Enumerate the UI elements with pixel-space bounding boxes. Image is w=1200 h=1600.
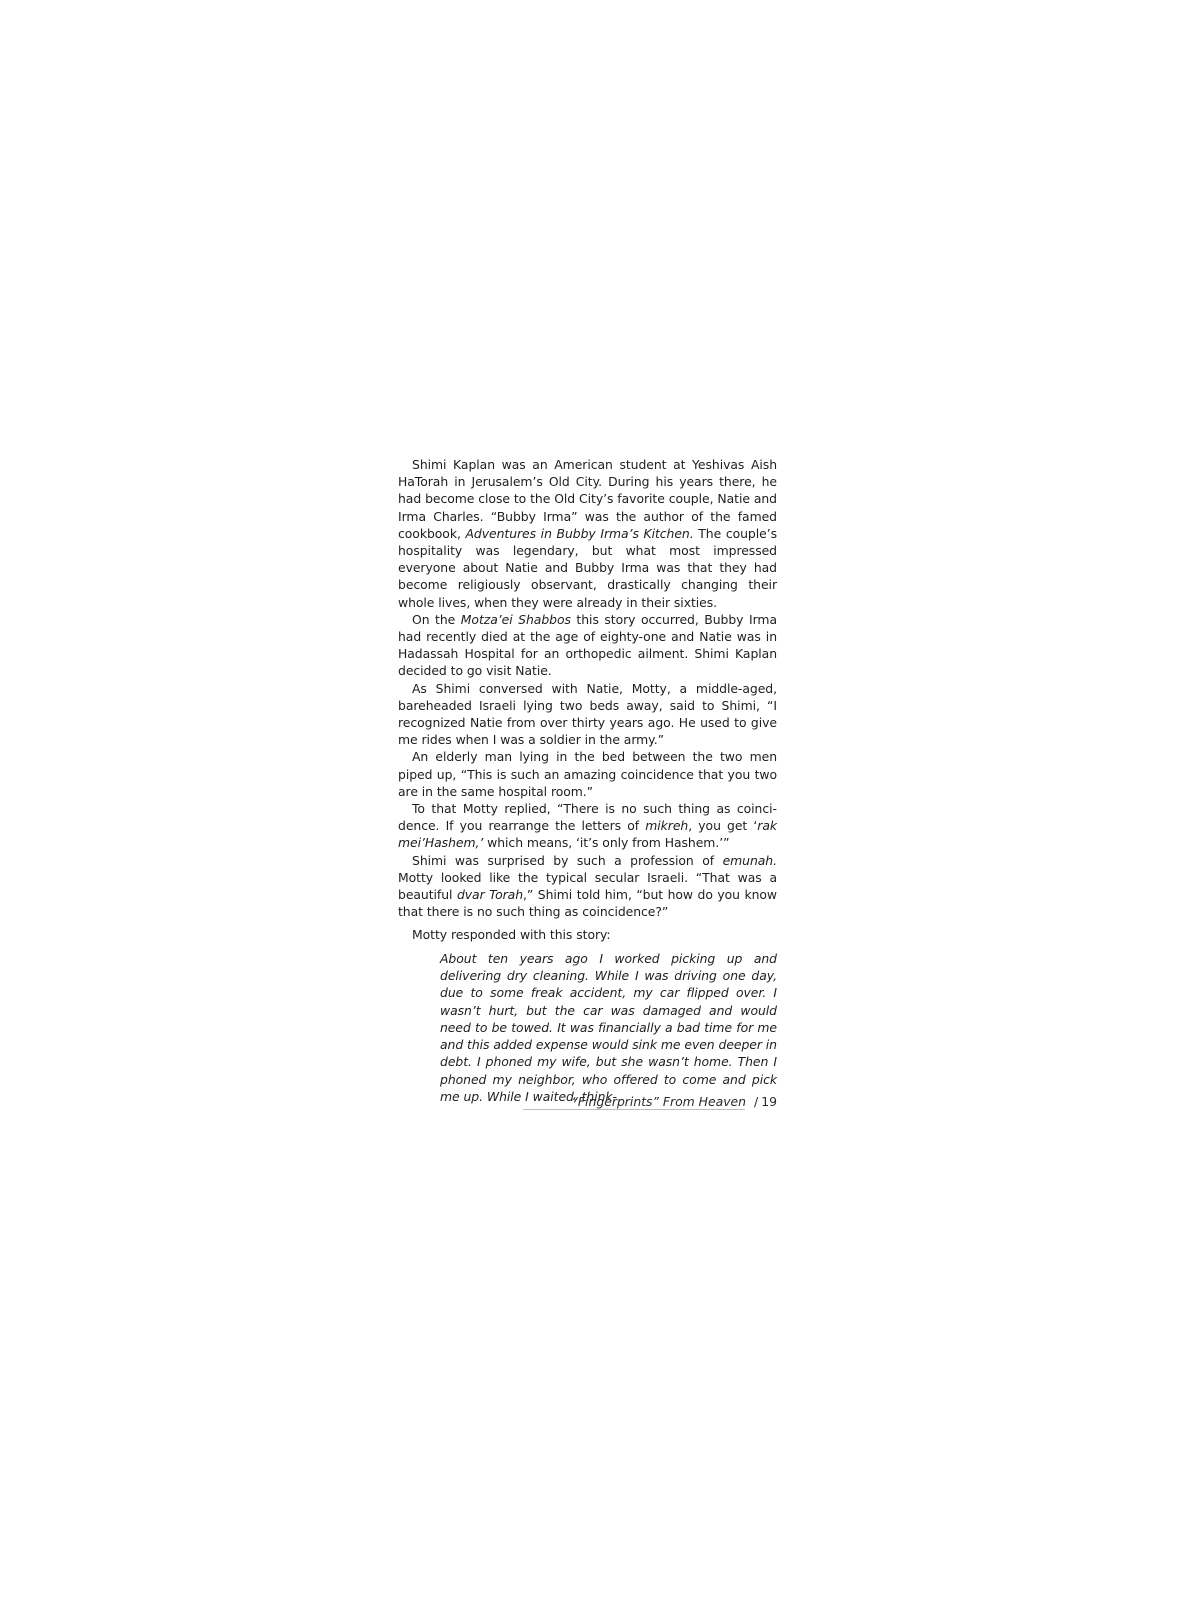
- paragraph: Motty responded with this story:: [398, 926, 777, 943]
- paragraph: Shimi was surprised by such a profession…: [398, 852, 777, 921]
- body-paragraphs: Shimi Kaplan was an American student at …: [398, 456, 777, 944]
- block-quote: About ten years ago I worked picking up …: [440, 950, 777, 1106]
- italic-text: Motza’ei Shabbos: [461, 612, 571, 627]
- footer-rule: [523, 1109, 745, 1110]
- text-run: On the: [412, 612, 461, 627]
- page-footer: “Fingerprints” From Heaven/19: [523, 1094, 777, 1112]
- paragraph: To that Motty replied, “There is no such…: [398, 800, 777, 852]
- running-title: “Fingerprints” From Heaven: [572, 1094, 747, 1109]
- footer-text: “Fingerprints” From Heaven/19: [572, 1094, 777, 1109]
- text-run: which means, ‘it’s only from Hashem.’”: [483, 835, 729, 850]
- paragraph: On the Motza’ei Shabbos this story occur…: [398, 611, 777, 680]
- text-run: An elderly man lying in the bed between …: [398, 749, 777, 798]
- text-run: Shimi was surprised by such a profession…: [412, 853, 723, 868]
- text-run: , you get ‘: [688, 818, 757, 833]
- italic-text: dvar Torah: [457, 887, 523, 902]
- text-run: Motty responded with this story:: [412, 927, 611, 942]
- page-body: Shimi Kaplan was an American student at …: [398, 456, 777, 1105]
- paragraph: An elderly man lying in the bed between …: [398, 748, 777, 800]
- text-run: As Shimi conversed with Natie, Motty, a …: [398, 681, 777, 748]
- paragraph: Shimi Kaplan was an American student at …: [398, 456, 777, 611]
- italic-text: mikreh: [645, 818, 688, 833]
- paragraph: As Shimi conversed with Natie, Motty, a …: [398, 680, 777, 749]
- page-number: 19: [761, 1094, 777, 1109]
- italic-text: emunah.: [723, 853, 777, 868]
- italic-text: Adventures in Bubby Irma’s Kitchen.: [466, 526, 694, 541]
- footer-separator: /: [754, 1094, 758, 1109]
